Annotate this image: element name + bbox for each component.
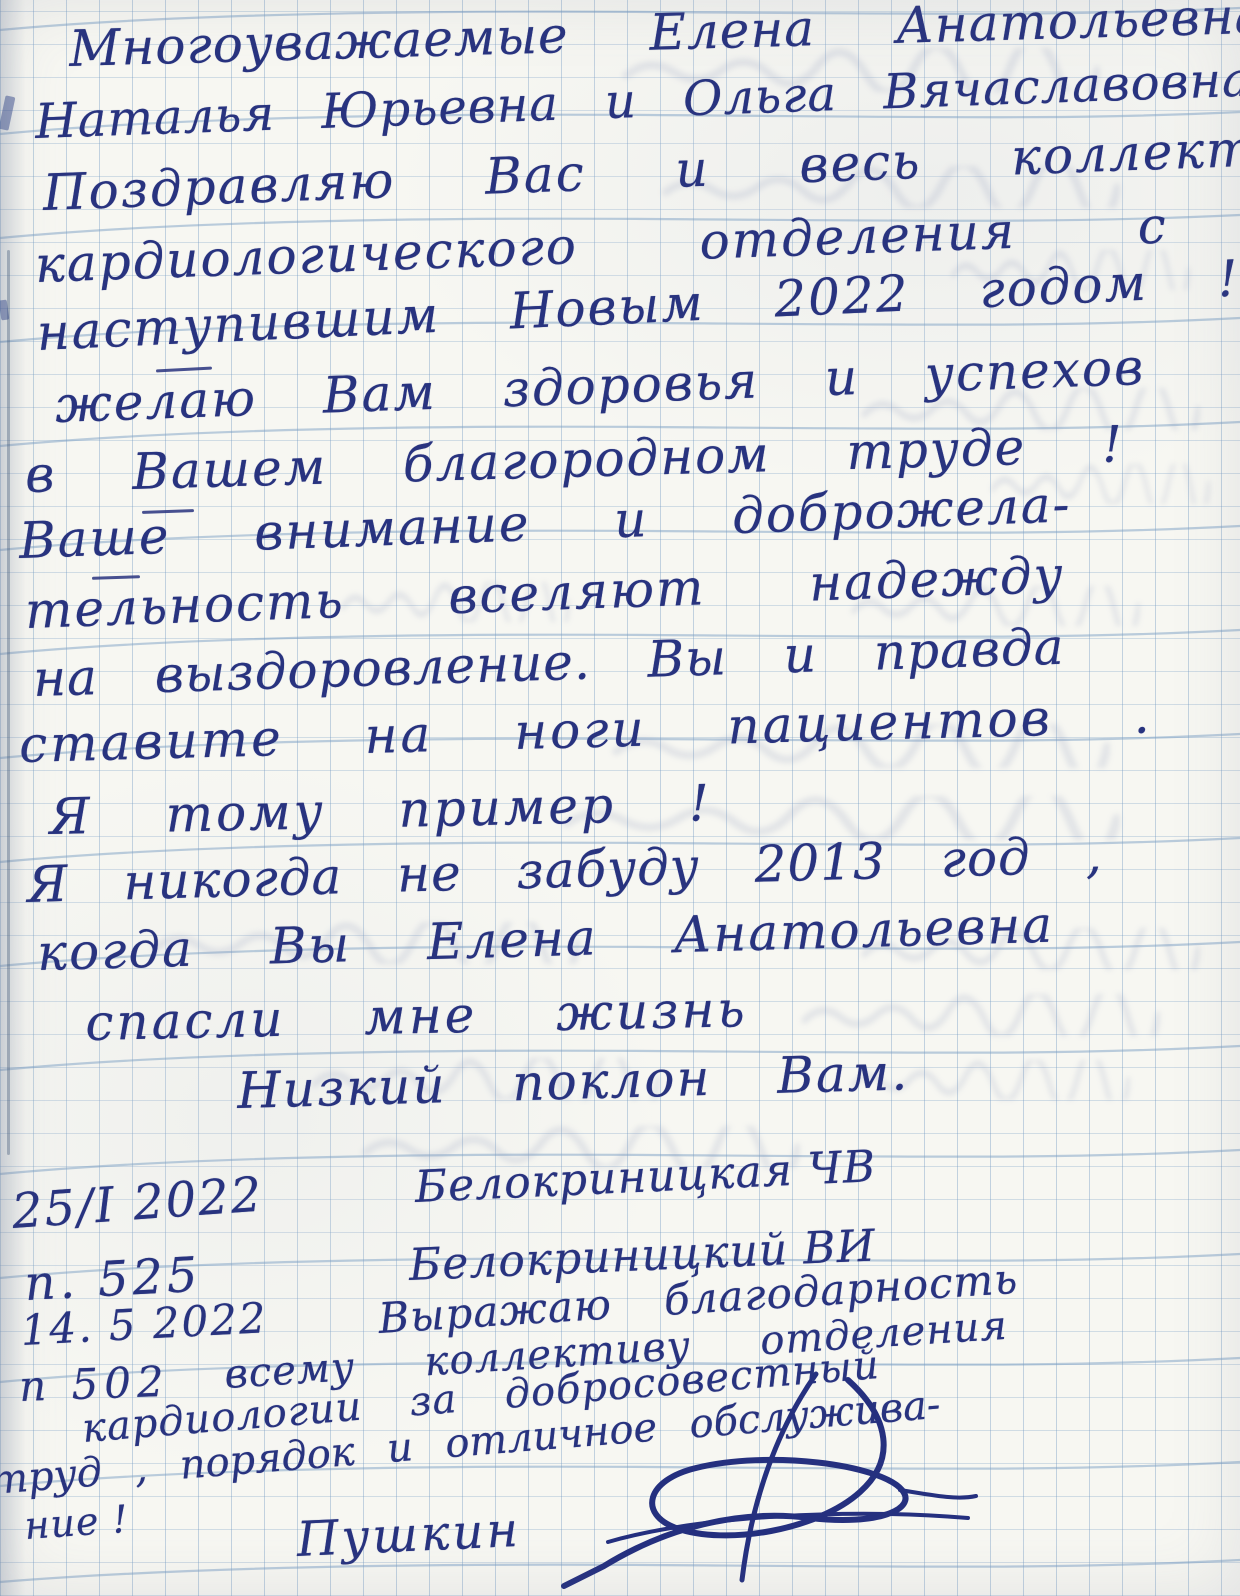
signature-name: Белокриницкая ЧВ bbox=[414, 1141, 877, 1213]
letter-line: ние ! bbox=[23, 1497, 130, 1548]
page-edge-line bbox=[7, 250, 10, 1155]
page-edge-shadow bbox=[0, 0, 30, 1596]
letter-line: Я тому пример ! bbox=[49, 774, 713, 846]
notebook-page: Многоуважаемые Елена Анатольевна, Наталь… bbox=[0, 0, 1240, 1596]
bleed-through-mark bbox=[800, 994, 1160, 1036]
letter-line: спасли мне жизнь bbox=[85, 980, 748, 1052]
entry-date: 25/I 2022 bbox=[10, 1167, 265, 1240]
signature-flourish bbox=[548, 1366, 978, 1592]
letter-line: Низкий поклон Вам. bbox=[236, 1043, 909, 1120]
signature-name: Пушкин bbox=[295, 1502, 522, 1568]
